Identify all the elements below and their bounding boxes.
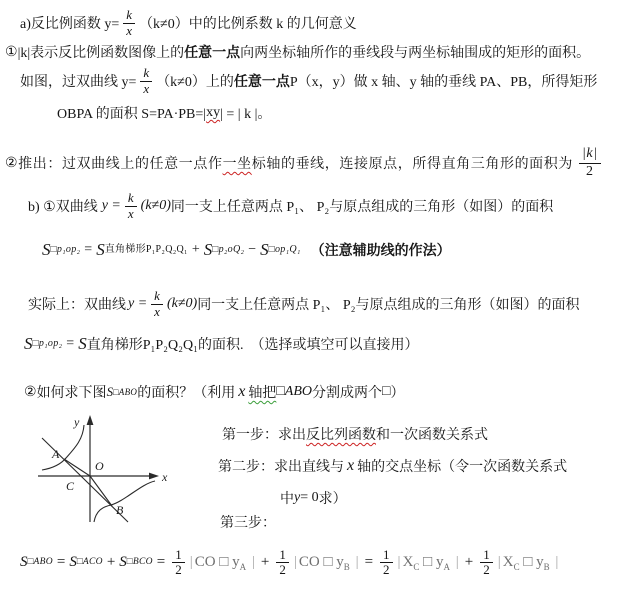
fraction-denominator: 2 xyxy=(583,164,597,180)
subscript-c: C xyxy=(514,562,520,572)
step-one-text: 第一步：求出 xyxy=(222,424,306,444)
line-rutu-mid: 上的 xyxy=(206,71,234,91)
plus-sign: + xyxy=(261,554,269,571)
fraction-k-over-x: k x xyxy=(123,8,135,39)
line-circle2-text: 推出：过双曲线上的任意一点作 xyxy=(18,153,222,173)
step-three: 第三步： xyxy=(220,512,276,532)
abs-bar: | xyxy=(553,554,560,570)
auxiliary-line-note: （注意辅助线的作法） xyxy=(311,240,451,260)
fraction-one-half: 1 2 xyxy=(172,548,185,576)
plus-sign: + xyxy=(107,554,115,571)
fraction-denominator: 2 xyxy=(276,563,289,577)
label-point-a: A xyxy=(51,447,60,461)
missing-glyph-box: □ xyxy=(323,554,332,570)
fraction-denominator: x xyxy=(140,82,152,97)
abs-bar: | xyxy=(188,554,195,570)
equals-zero: = 0 xyxy=(300,490,318,506)
line-rutu-condition: （k≠0） xyxy=(156,71,206,91)
fraction-numerator: 1 xyxy=(480,548,493,563)
fraction-abs-k-over-2: |k| 2 xyxy=(579,146,601,179)
fraction-numerator: 1 xyxy=(276,548,289,563)
line-circle2-tail: 标轴的垂线，连接原点，所得直角三角形的面积为 xyxy=(252,153,573,173)
step-one-tail: 和一次函数关系式 xyxy=(376,424,488,444)
line-b-condition: (k≠0) xyxy=(141,198,171,214)
abs-co-times-ya: |CO □ yA | xyxy=(188,554,257,571)
plus-sign: + xyxy=(465,554,473,571)
line-shijishang-condition: (k≠0) xyxy=(167,296,197,312)
math-y-equals: y = xyxy=(128,296,147,312)
formula-area-sum: S□p₁op₂ = S直角梯形P₁P₂Q₂Q₁ + S□p₂oQ₂ − S□op… xyxy=(42,240,451,260)
S-symbol: S xyxy=(204,240,213,260)
line-b-text: b) ①双曲线 xyxy=(28,196,98,216)
step-two: 第二步：求出直线与 x 轴的交点坐标（令一次函数关系式 xyxy=(218,456,567,476)
hyperbola-figure: y x O A B C xyxy=(28,412,208,552)
fraction-k-over-x: k x xyxy=(125,191,137,222)
abs-bar: | xyxy=(496,554,503,570)
segment-oa xyxy=(64,459,90,476)
subscript-a: A xyxy=(443,562,450,572)
line-circle1-text: |k|表示反比例函数图像上的 xyxy=(18,42,185,62)
fraction-numerator: k xyxy=(125,191,137,207)
abs-xc-times-yb: |XC □ yB | xyxy=(496,554,561,571)
S-symbol: S xyxy=(78,334,87,354)
squiggled-zhouba: 轴把 xyxy=(248,382,276,402)
formula-bottom-area: S□ABO = S□ACO + S□BCO = 1 2 |CO □ yA | +… xyxy=(20,537,560,587)
hyperbola-branch-q2 xyxy=(42,425,84,470)
S-symbol: S xyxy=(96,240,105,260)
abs-bar: | xyxy=(354,554,361,570)
x-coordinate: X xyxy=(403,554,414,570)
S-symbol: S xyxy=(20,554,28,571)
document-page: { "colors": {"ink":"#151515","squiggle_r… xyxy=(0,0,630,589)
equals-sign: = xyxy=(157,554,165,571)
line-shijishang-text: 实际上：双曲线 xyxy=(28,294,126,314)
fraction-denominator: x xyxy=(123,24,135,39)
circled-two-marker: ② xyxy=(24,384,37,401)
fraction-one-half: 1 2 xyxy=(380,548,393,576)
line-how-text: 如何求下图 xyxy=(37,382,107,402)
y-coordinate: y xyxy=(536,554,544,570)
label-point-b: B xyxy=(116,503,124,517)
line-how-paren: （利用 xyxy=(193,382,235,402)
line-obpa-text: OBPA 的面积 S=PA·PB=| xyxy=(57,103,206,123)
segment-ob xyxy=(90,476,112,506)
equals-sign: = xyxy=(66,336,74,352)
S-symbol: S xyxy=(24,334,33,354)
fraction-numerator: k xyxy=(123,8,135,24)
step-two-text: 第二步：求出直线与 xyxy=(218,456,344,476)
fraction-denominator: 2 xyxy=(172,563,185,577)
label-point-c: C xyxy=(66,479,75,493)
S-symbol: S xyxy=(69,554,77,571)
S-symbol: S xyxy=(119,554,127,571)
label-x-axis: x xyxy=(161,470,168,484)
step-three-text: 第三步： xyxy=(220,512,276,532)
math-y-equals: y = xyxy=(102,198,121,214)
fraction-one-half: 1 2 xyxy=(276,548,289,576)
closing-paren: ） xyxy=(390,382,404,402)
hyperbola-branch-q4 xyxy=(94,481,155,522)
math-x-variable: x xyxy=(238,383,245,401)
abs-bar: | xyxy=(250,554,257,570)
subscript-c: C xyxy=(413,562,419,572)
line-b: b) ①双曲线 y = k x (k≠0) 同一支上任意两点 P₁、 P₂与原点… xyxy=(28,186,553,226)
y-axis-arrow-icon xyxy=(87,415,94,425)
line-how-mid: 的面积？ xyxy=(137,382,193,402)
abs-co-times-yb: |CO □ yB | xyxy=(292,554,361,571)
fill-in-note: （选择或填空可以直接用） xyxy=(244,334,419,354)
line-how-tail: 分割成两个 xyxy=(312,382,382,402)
fraction-denominator: 2 xyxy=(380,563,393,577)
fraction-numerator: |k| xyxy=(579,146,601,163)
fraction-numerator: 1 xyxy=(380,548,393,563)
circled-one-marker: ① xyxy=(5,44,18,61)
fraction-denominator: 2 xyxy=(480,563,493,577)
line-circle1-bold: 任意一点 xyxy=(184,42,240,62)
line-a-condition: （k≠0） xyxy=(139,13,189,33)
equals-sign: = xyxy=(365,554,373,571)
segment-co: CO xyxy=(195,554,216,570)
S-symbol: S xyxy=(42,240,51,260)
x-coordinate: X xyxy=(503,554,514,570)
subscript-b: B xyxy=(344,562,350,572)
missing-glyph-box: □ xyxy=(423,554,432,570)
missing-glyph-box: □ xyxy=(219,554,228,570)
minus-sign: − xyxy=(248,242,256,258)
missing-glyph-box: □ xyxy=(523,554,532,570)
equals-sign: = xyxy=(84,242,92,258)
line-circle1: ① |k|表示反比例函数图像上的 任意一点 向两坐标轴所作的垂线段与两坐标轴围成… xyxy=(5,42,590,62)
triangle-abo-ref: □ABO xyxy=(276,384,312,400)
formula-equals-trapezoid: S□p₁op₂ = S 直角梯形P₁P₂Q₂Q₁的面积. （选择或填空可以直接用… xyxy=(24,334,419,354)
fraction-numerator: k xyxy=(151,289,163,305)
segment-co: CO xyxy=(299,554,320,570)
abs-bar: | xyxy=(396,554,403,570)
S-symbol: S xyxy=(260,240,269,260)
plus-sign: + xyxy=(192,242,200,258)
y-coordinate: y xyxy=(336,554,344,570)
line-circle2: ② 推出：过双曲线上的任意一点作 一坐 标轴的垂线，连接原点，所得直角三角形的面… xyxy=(5,140,605,186)
line-a-heading: a)反比例函数 y= k x （k≠0） 中的比例系数 k 的几何意义 xyxy=(20,3,357,43)
y-coordinate: y xyxy=(232,554,240,570)
equals-sign: = xyxy=(57,554,65,571)
fraction-k-over-x: k x xyxy=(151,289,163,320)
circled-two-marker: ② xyxy=(5,155,18,172)
subscript-b: B xyxy=(544,562,550,572)
fraction-numerator: k xyxy=(140,66,152,82)
line-a-text: a)反比例函数 y= xyxy=(20,13,119,33)
fraction-one-half: 1 2 xyxy=(480,548,493,576)
label-origin: O xyxy=(95,459,104,473)
math-x-variable: x xyxy=(347,457,354,475)
line-rutu-tail: P（x，y）做 x 轴、y 轴的垂线 PA、PB，所得矩形 xyxy=(290,71,598,91)
line-b-tail: 同一支上任意两点 P₁、 P₂与原点组成的三角形（如图）的面积 xyxy=(171,196,553,216)
label-y-axis: y xyxy=(73,415,80,429)
formula2-text: 直角梯形P₁P₂Q₂Q₁的面积. xyxy=(87,334,244,354)
missing-glyph-box: □ xyxy=(382,384,390,400)
line-rutu-bold: 任意一点 xyxy=(234,71,290,91)
line-circle1-tail: 向两坐标轴所作的垂线段与两坐标轴围成的矩形的面积。 xyxy=(240,42,590,62)
fraction-denominator: x xyxy=(125,207,137,222)
step-two-cont-text: 中 xyxy=(280,488,294,508)
line-how-to-find: ② 如何求下图 S□ABO 的面积？ （利用 x 轴把 □ABO 分割成两个 □… xyxy=(24,382,404,402)
line-shijishang-tail: 同一支上任意两点 P₁、 P₂与原点组成的三角形（如图）的面积 xyxy=(197,294,579,314)
abs-xc-times-ya: |XC □ yA | xyxy=(396,554,461,571)
fraction-k-over-x: k x xyxy=(140,66,152,97)
step-one: 第一步：求出 反比列函数 和一次函数关系式 xyxy=(222,424,488,444)
step-two-tail: 轴的交点坐标（令一次函数关系式 xyxy=(357,456,567,476)
x-axis-arrow-icon xyxy=(149,473,159,480)
abs-bar: | xyxy=(454,554,461,570)
fraction-denominator: x xyxy=(151,305,163,320)
line-obpa-tail: | = | k |。 xyxy=(220,103,271,123)
squiggled-yizuo: 一坐 xyxy=(223,153,252,173)
line-obpa: OBPA 的面积 S=PA·PB=| xy | = | k |。 xyxy=(57,103,271,123)
line-a-tail: 中的比例系数 k 的几何意义 xyxy=(189,13,357,33)
subscript-a: A xyxy=(240,562,247,572)
abs-bar: | xyxy=(292,554,299,570)
line-shijishang: 实际上：双曲线 y = k x (k≠0) 同一支上任意两点 P₁、 P₂与原点… xyxy=(28,284,580,324)
line-rutu: 如图，过双曲线 y= k x （k≠0） 上的 任意一点 P（x，y）做 x 轴… xyxy=(20,61,597,101)
line-rutu-text: 如图，过双曲线 y= xyxy=(20,71,136,91)
misspelled-fanbilie: 反比列函数 xyxy=(306,424,376,444)
fraction-numerator: 1 xyxy=(172,548,185,563)
misspelled-xy: xy xyxy=(206,105,220,121)
step-two-cont-tail: 求） xyxy=(319,488,347,508)
step-two-continued: 中 y = 0 求） xyxy=(280,488,347,508)
